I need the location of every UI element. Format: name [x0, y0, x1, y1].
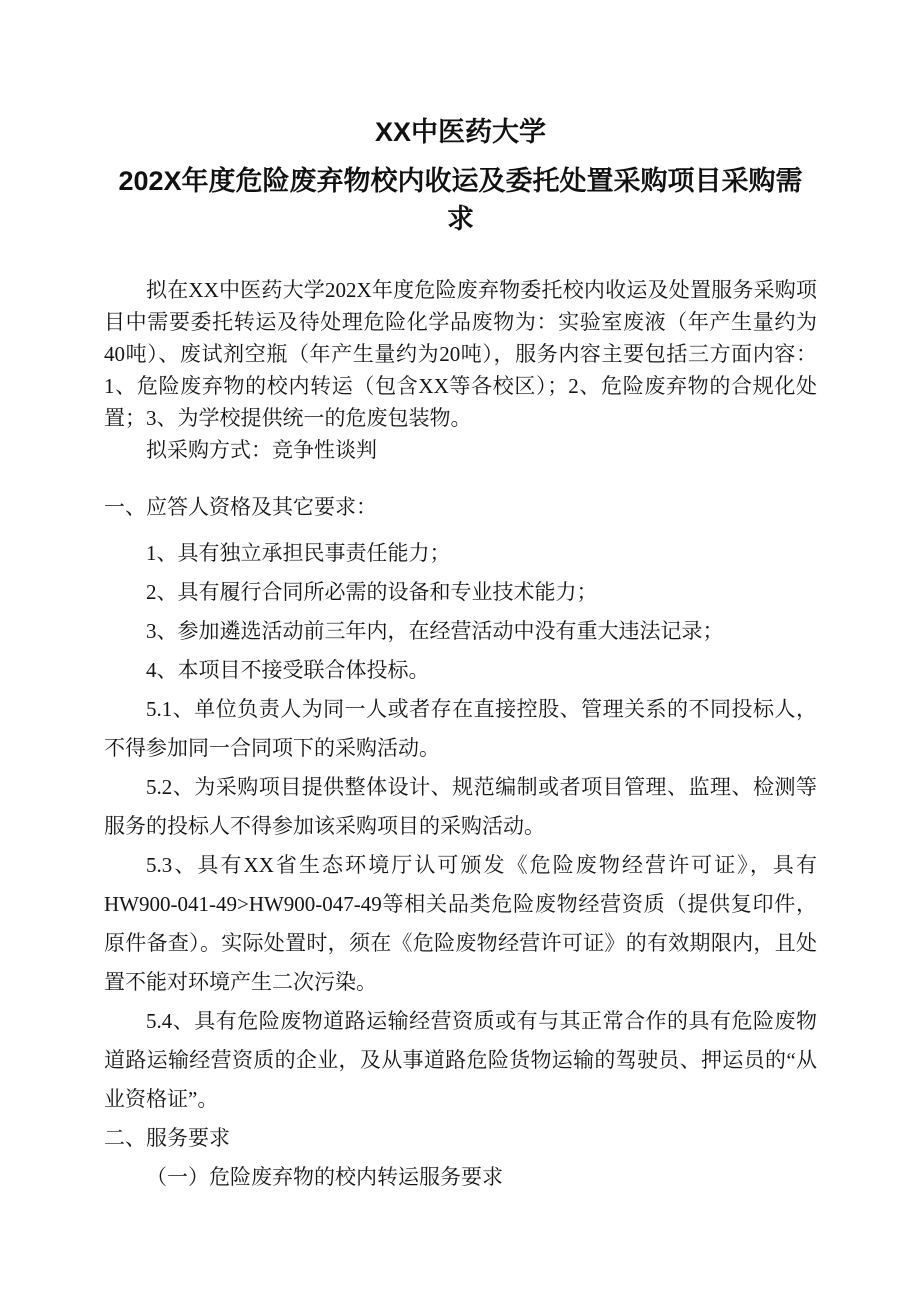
requirement-item-3: 3、参加遴选活动前三年内，在经营活动中没有重大违法记录；	[104, 612, 817, 651]
section1-heading: 一、应答人资格及其它要求：	[104, 488, 817, 527]
requirement-item-5-1: 5.1、单位负责人为同一人或者存在直接控股、管理关系的不同投标人，不得参加同一合…	[104, 690, 817, 768]
section2-heading: 二、服务要求	[104, 1119, 817, 1158]
requirement-item-1: 1、具有独立承担民事责任能力；	[104, 534, 817, 573]
document-page: XX中医药大学 202X年度危险废弃物校内收运及委托处置采购项目采购需求 拟在X…	[0, 0, 920, 1301]
document-title: XX中医药大学	[104, 112, 817, 152]
requirement-item-2: 2、具有履行合同所必需的设备和专业技术能力；	[104, 573, 817, 612]
intro-paragraph: 拟在XX中医药大学202X年度危险废弃物委托校内收运及处置服务采购项目中需要委托…	[104, 274, 817, 434]
requirement-item-5-2: 5.2、为采购项目提供整体设计、规范编制或者项目管理、监理、检测等服务的投标人不…	[104, 768, 817, 846]
intro-section: 拟在XX中医药大学202X年度危险废弃物委托校内收运及处置服务采购项目中需要委托…	[104, 274, 817, 466]
qualifications-section: 一、应答人资格及其它要求： 1、具有独立承担民事责任能力； 2、具有履行合同所必…	[104, 488, 817, 1119]
procurement-method-line: 拟采购方式：竞争性谈判	[104, 434, 817, 466]
requirement-item-5-3: 5.3、具有XX省生态环境厅认可颁发《危险废物经营许可证》，具有HW900-04…	[104, 846, 817, 1002]
requirement-item-5-4: 5.4、具有危险废物道路运输经营资质或有与其正常合作的具有危险废物道路运输经营资…	[104, 1002, 817, 1119]
document-subtitle: 202X年度危险废弃物校内收运及委托处置采购项目采购需求	[108, 162, 813, 238]
section2-subheading: （一）危险废弃物的校内转运服务要求	[104, 1158, 817, 1197]
service-requirements-section: 二、服务要求 （一）危险废弃物的校内转运服务要求	[104, 1119, 817, 1197]
qualification-items: 1、具有独立承担民事责任能力； 2、具有履行合同所必需的设备和专业技术能力； 3…	[104, 534, 817, 1119]
requirement-item-4: 4、本项目不接受联合体投标。	[104, 651, 817, 690]
